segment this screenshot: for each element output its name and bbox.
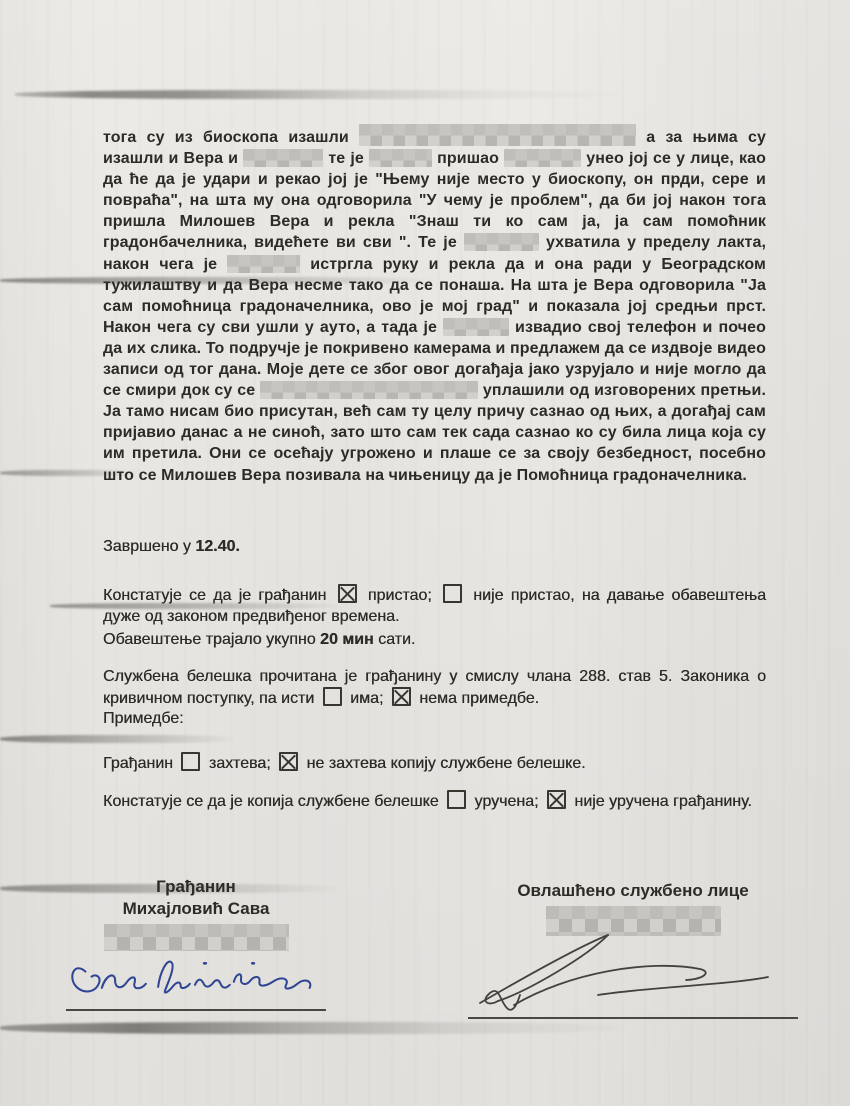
checkbox-checked[interactable] xyxy=(547,790,566,809)
redacted-citizen-detail xyxy=(104,924,289,951)
scan-smudge-artifact xyxy=(0,735,240,743)
scan-smudge-artifact xyxy=(0,1022,630,1034)
redacted-text xyxy=(243,149,323,167)
remarks-label: Примедбе: xyxy=(103,708,766,729)
checkbox-unchecked[interactable] xyxy=(447,790,466,809)
officer-role-label: Овлашћено службено лице xyxy=(468,880,798,902)
narrative-paragraph: тога су из биоскопа изашли а за њима су … xyxy=(103,124,766,486)
citizen-handwritten-signature-icon xyxy=(68,950,324,1009)
redacted-text xyxy=(464,233,539,251)
consent-statement: Констатује се да је грађанин пристао; ни… xyxy=(103,584,766,627)
citizen-signature-line xyxy=(66,950,326,1011)
bold-value: 12.40. xyxy=(195,538,239,555)
citizen-signature-block: Грађанин Михајловић Сава xyxy=(66,876,326,1011)
citizen-role-label: Грађанин xyxy=(66,876,326,898)
note-read-statement: Службена белешка прочитана је грађанину … xyxy=(103,666,766,709)
redacted-text xyxy=(504,149,581,167)
bold-value: 20 мин xyxy=(320,631,374,648)
copy-request-line: Грађанин захтева; не захтева копију служ… xyxy=(103,752,766,774)
redacted-text xyxy=(260,381,478,399)
completion-time-line: Завршено у 12.40. xyxy=(103,536,766,557)
citizen-name: Михајловић Сава xyxy=(66,898,326,920)
copy-delivery-statement: Констатује се да је копија службене беле… xyxy=(103,790,766,812)
officer-signature-line xyxy=(468,929,798,1019)
scanned-document-page: тога су из биоскопа изашли а за њима су … xyxy=(0,0,850,1106)
checkbox-unchecked[interactable] xyxy=(181,752,200,771)
checkbox-checked[interactable] xyxy=(392,687,411,706)
redacted-text xyxy=(369,149,432,167)
redacted-text xyxy=(359,124,636,146)
officer-signature-block: Овлашћено службено лице xyxy=(468,880,798,1019)
officer-handwritten-signature-icon xyxy=(468,929,798,1017)
redacted-text xyxy=(227,255,300,273)
scan-smudge-artifact xyxy=(15,90,625,99)
checkbox-checked[interactable] xyxy=(338,584,357,603)
checkbox-checked[interactable] xyxy=(279,752,298,771)
checkbox-unchecked[interactable] xyxy=(323,687,342,706)
redacted-text xyxy=(443,318,509,336)
checkbox-unchecked[interactable] xyxy=(443,584,462,603)
duration-line: Обавештење трајало укупно 20 мин сати. xyxy=(103,629,766,650)
